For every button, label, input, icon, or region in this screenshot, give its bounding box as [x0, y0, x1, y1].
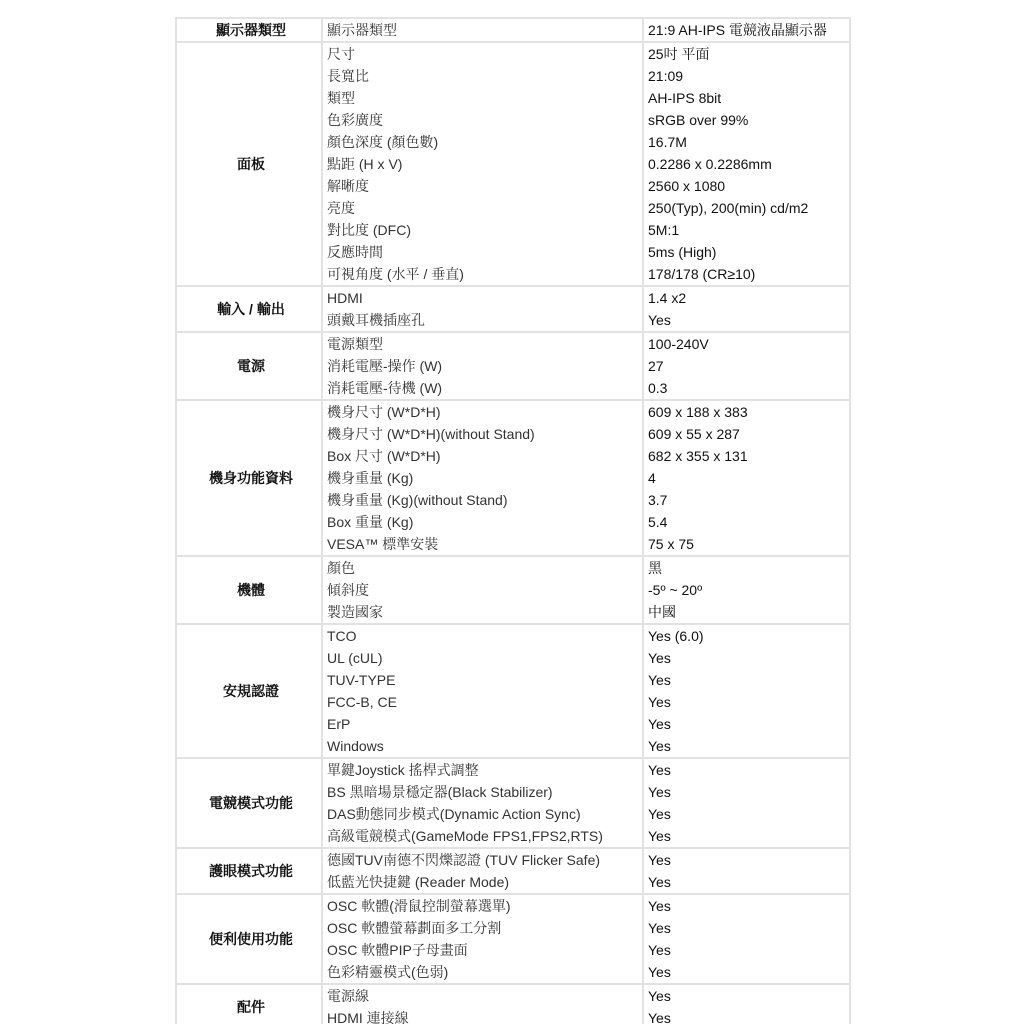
category-cell: 安規認證: [176, 624, 322, 758]
spec-label: 低藍光快捷鍵 (Reader Mode): [322, 871, 643, 894]
spec-label: 電源類型: [322, 332, 643, 355]
spec-value: Yes: [643, 735, 850, 758]
category-cell: 輸入 / 輸出: [176, 286, 322, 332]
spec-value: 5.4: [643, 511, 850, 533]
spec-label: OSC 軟體PIP子母畫面: [322, 939, 643, 961]
spec-label: 解晰度: [322, 175, 643, 197]
spec-value: 609 x 188 x 383: [643, 400, 850, 423]
spec-label: 顏色: [322, 556, 643, 579]
spec-value: 609 x 55 x 287: [643, 423, 850, 445]
spec-label: 電源線: [322, 984, 643, 1007]
spec-value: Yes: [643, 803, 850, 825]
spec-label: DAS動態同步模式(Dynamic Action Sync): [322, 803, 643, 825]
spec-label: 顯示器類型: [322, 18, 643, 42]
spec-label: 機身重量 (Kg): [322, 467, 643, 489]
spec-label: 類型: [322, 87, 643, 109]
spec-label: VESA™ 標準安裝: [322, 533, 643, 556]
spec-row: 機體顏色黑: [176, 556, 850, 579]
category-cell: 面板: [176, 42, 322, 286]
spec-value: Yes: [643, 691, 850, 713]
spec-label: 單鍵Joystick 搖桿式調整: [322, 758, 643, 781]
spec-label: 消耗電壓-待機 (W): [322, 377, 643, 400]
spec-value: 5M:1: [643, 219, 850, 241]
spec-value: 21:09: [643, 65, 850, 87]
spec-label: 機身重量 (Kg)(without Stand): [322, 489, 643, 511]
category-cell: 顯示器類型: [176, 18, 322, 42]
spec-value: Yes: [643, 894, 850, 917]
spec-row: 面板尺寸25吋 平面: [176, 42, 850, 65]
spec-value: Yes: [643, 984, 850, 1007]
spec-label: 亮度: [322, 197, 643, 219]
spec-value: sRGB over 99%: [643, 109, 850, 131]
category-cell: 護眼模式功能: [176, 848, 322, 894]
spec-label: 製造國家: [322, 601, 643, 624]
spec-label: 德國TUV南德不閃爍認證 (TUV Flicker Safe): [322, 848, 643, 871]
spec-table: 顯示器類型顯示器類型21:9 AH-IPS 電競液晶顯示器面板尺寸25吋 平面長…: [175, 17, 851, 1024]
spec-label: Box 尺寸 (W*D*H): [322, 445, 643, 467]
spec-label: 機身尺寸 (W*D*H)(without Stand): [322, 423, 643, 445]
spec-value: 27: [643, 355, 850, 377]
spec-value: 682 x 355 x 131: [643, 445, 850, 467]
spec-value: 中國: [643, 601, 850, 624]
spec-value: 3.7: [643, 489, 850, 511]
spec-value: 21:9 AH-IPS 電競液晶顯示器: [643, 18, 850, 42]
spec-label: OSC 軟體(滑鼠控制螢幕選單): [322, 894, 643, 917]
spec-label: HDMI: [322, 286, 643, 309]
spec-value: AH-IPS 8bit: [643, 87, 850, 109]
spec-label: 高級電競模式(GameMode FPS1,FPS2,RTS): [322, 825, 643, 848]
category-cell: 電競模式功能: [176, 758, 322, 848]
spec-value: Yes: [643, 781, 850, 803]
spec-label: Windows: [322, 735, 643, 758]
spec-label: OSC 軟體螢幕劃面多工分割: [322, 917, 643, 939]
category-cell: 機體: [176, 556, 322, 624]
spec-value: 0.3: [643, 377, 850, 400]
spec-value: 2560 x 1080: [643, 175, 850, 197]
category-cell: 配件: [176, 984, 322, 1024]
spec-row: 電競模式功能單鍵Joystick 搖桿式調整Yes: [176, 758, 850, 781]
spec-label: Box 重量 (Kg): [322, 511, 643, 533]
spec-value: 178/178 (CR≥10): [643, 263, 850, 286]
spec-label: 顏色深度 (顏色數): [322, 131, 643, 153]
category-cell: 便利使用功能: [176, 894, 322, 984]
spec-value: Yes (6.0): [643, 624, 850, 647]
spec-value: 5ms (High): [643, 241, 850, 263]
category-cell: 電源: [176, 332, 322, 400]
spec-value: Yes: [643, 1007, 850, 1024]
spec-value: Yes: [643, 825, 850, 848]
spec-value: Yes: [643, 917, 850, 939]
spec-value: -5º ~ 20º: [643, 579, 850, 601]
spec-value: Yes: [643, 758, 850, 781]
spec-value: 黑: [643, 556, 850, 579]
spec-row: 機身功能資料機身尺寸 (W*D*H)609 x 188 x 383: [176, 400, 850, 423]
spec-value: Yes: [643, 961, 850, 984]
spec-value: 75 x 75: [643, 533, 850, 556]
spec-row: 便利使用功能OSC 軟體(滑鼠控制螢幕選單)Yes: [176, 894, 850, 917]
spec-label: TUV-TYPE: [322, 669, 643, 691]
spec-label: HDMI 連接線: [322, 1007, 643, 1024]
spec-value: Yes: [643, 309, 850, 332]
category-cell: 機身功能資料: [176, 400, 322, 556]
spec-label: 色彩廣度: [322, 109, 643, 131]
spec-value: Yes: [643, 647, 850, 669]
spec-value: 16.7M: [643, 131, 850, 153]
spec-row: 安規認證TCOYes (6.0): [176, 624, 850, 647]
spec-label: TCO: [322, 624, 643, 647]
spec-value: 250(Typ), 200(min) cd/m2: [643, 197, 850, 219]
spec-label: 對比度 (DFC): [322, 219, 643, 241]
spec-row: 配件電源線Yes: [176, 984, 850, 1007]
spec-label: 機身尺寸 (W*D*H): [322, 400, 643, 423]
spec-table-body: 顯示器類型顯示器類型21:9 AH-IPS 電競液晶顯示器面板尺寸25吋 平面長…: [176, 18, 850, 1024]
spec-label: 長寬比: [322, 65, 643, 87]
spec-row: 輸入 / 輸出HDMI1.4 x2: [176, 286, 850, 309]
spec-value: Yes: [643, 713, 850, 735]
spec-value: Yes: [643, 939, 850, 961]
spec-value: 25吋 平面: [643, 42, 850, 65]
spec-label: 消耗電壓-操作 (W): [322, 355, 643, 377]
spec-value: 1.4 x2: [643, 286, 850, 309]
spec-label: 傾斜度: [322, 579, 643, 601]
spec-row: 顯示器類型顯示器類型21:9 AH-IPS 電競液晶顯示器: [176, 18, 850, 42]
spec-row: 護眼模式功能德國TUV南德不閃爍認證 (TUV Flicker Safe)Yes: [176, 848, 850, 871]
spec-value: 0.2286 x 0.2286mm: [643, 153, 850, 175]
spec-label: 可視角度 (水平 / 垂直): [322, 263, 643, 286]
spec-value: Yes: [643, 848, 850, 871]
spec-label: 點距 (H x V): [322, 153, 643, 175]
spec-label: UL (cUL): [322, 647, 643, 669]
spec-label: 色彩精靈模式(色弱): [322, 961, 643, 984]
spec-label: BS 黑暗場景穩定器(Black Stabilizer): [322, 781, 643, 803]
spec-value: Yes: [643, 669, 850, 691]
spec-label: 頭戴耳機插座孔: [322, 309, 643, 332]
spec-label: FCC-B, CE: [322, 691, 643, 713]
spec-value: 4: [643, 467, 850, 489]
spec-value: 100-240V: [643, 332, 850, 355]
spec-label: ErP: [322, 713, 643, 735]
spec-label: 尺寸: [322, 42, 643, 65]
spec-label: 反應時間: [322, 241, 643, 263]
spec-row: 電源電源類型100-240V: [176, 332, 850, 355]
spec-value: Yes: [643, 871, 850, 894]
